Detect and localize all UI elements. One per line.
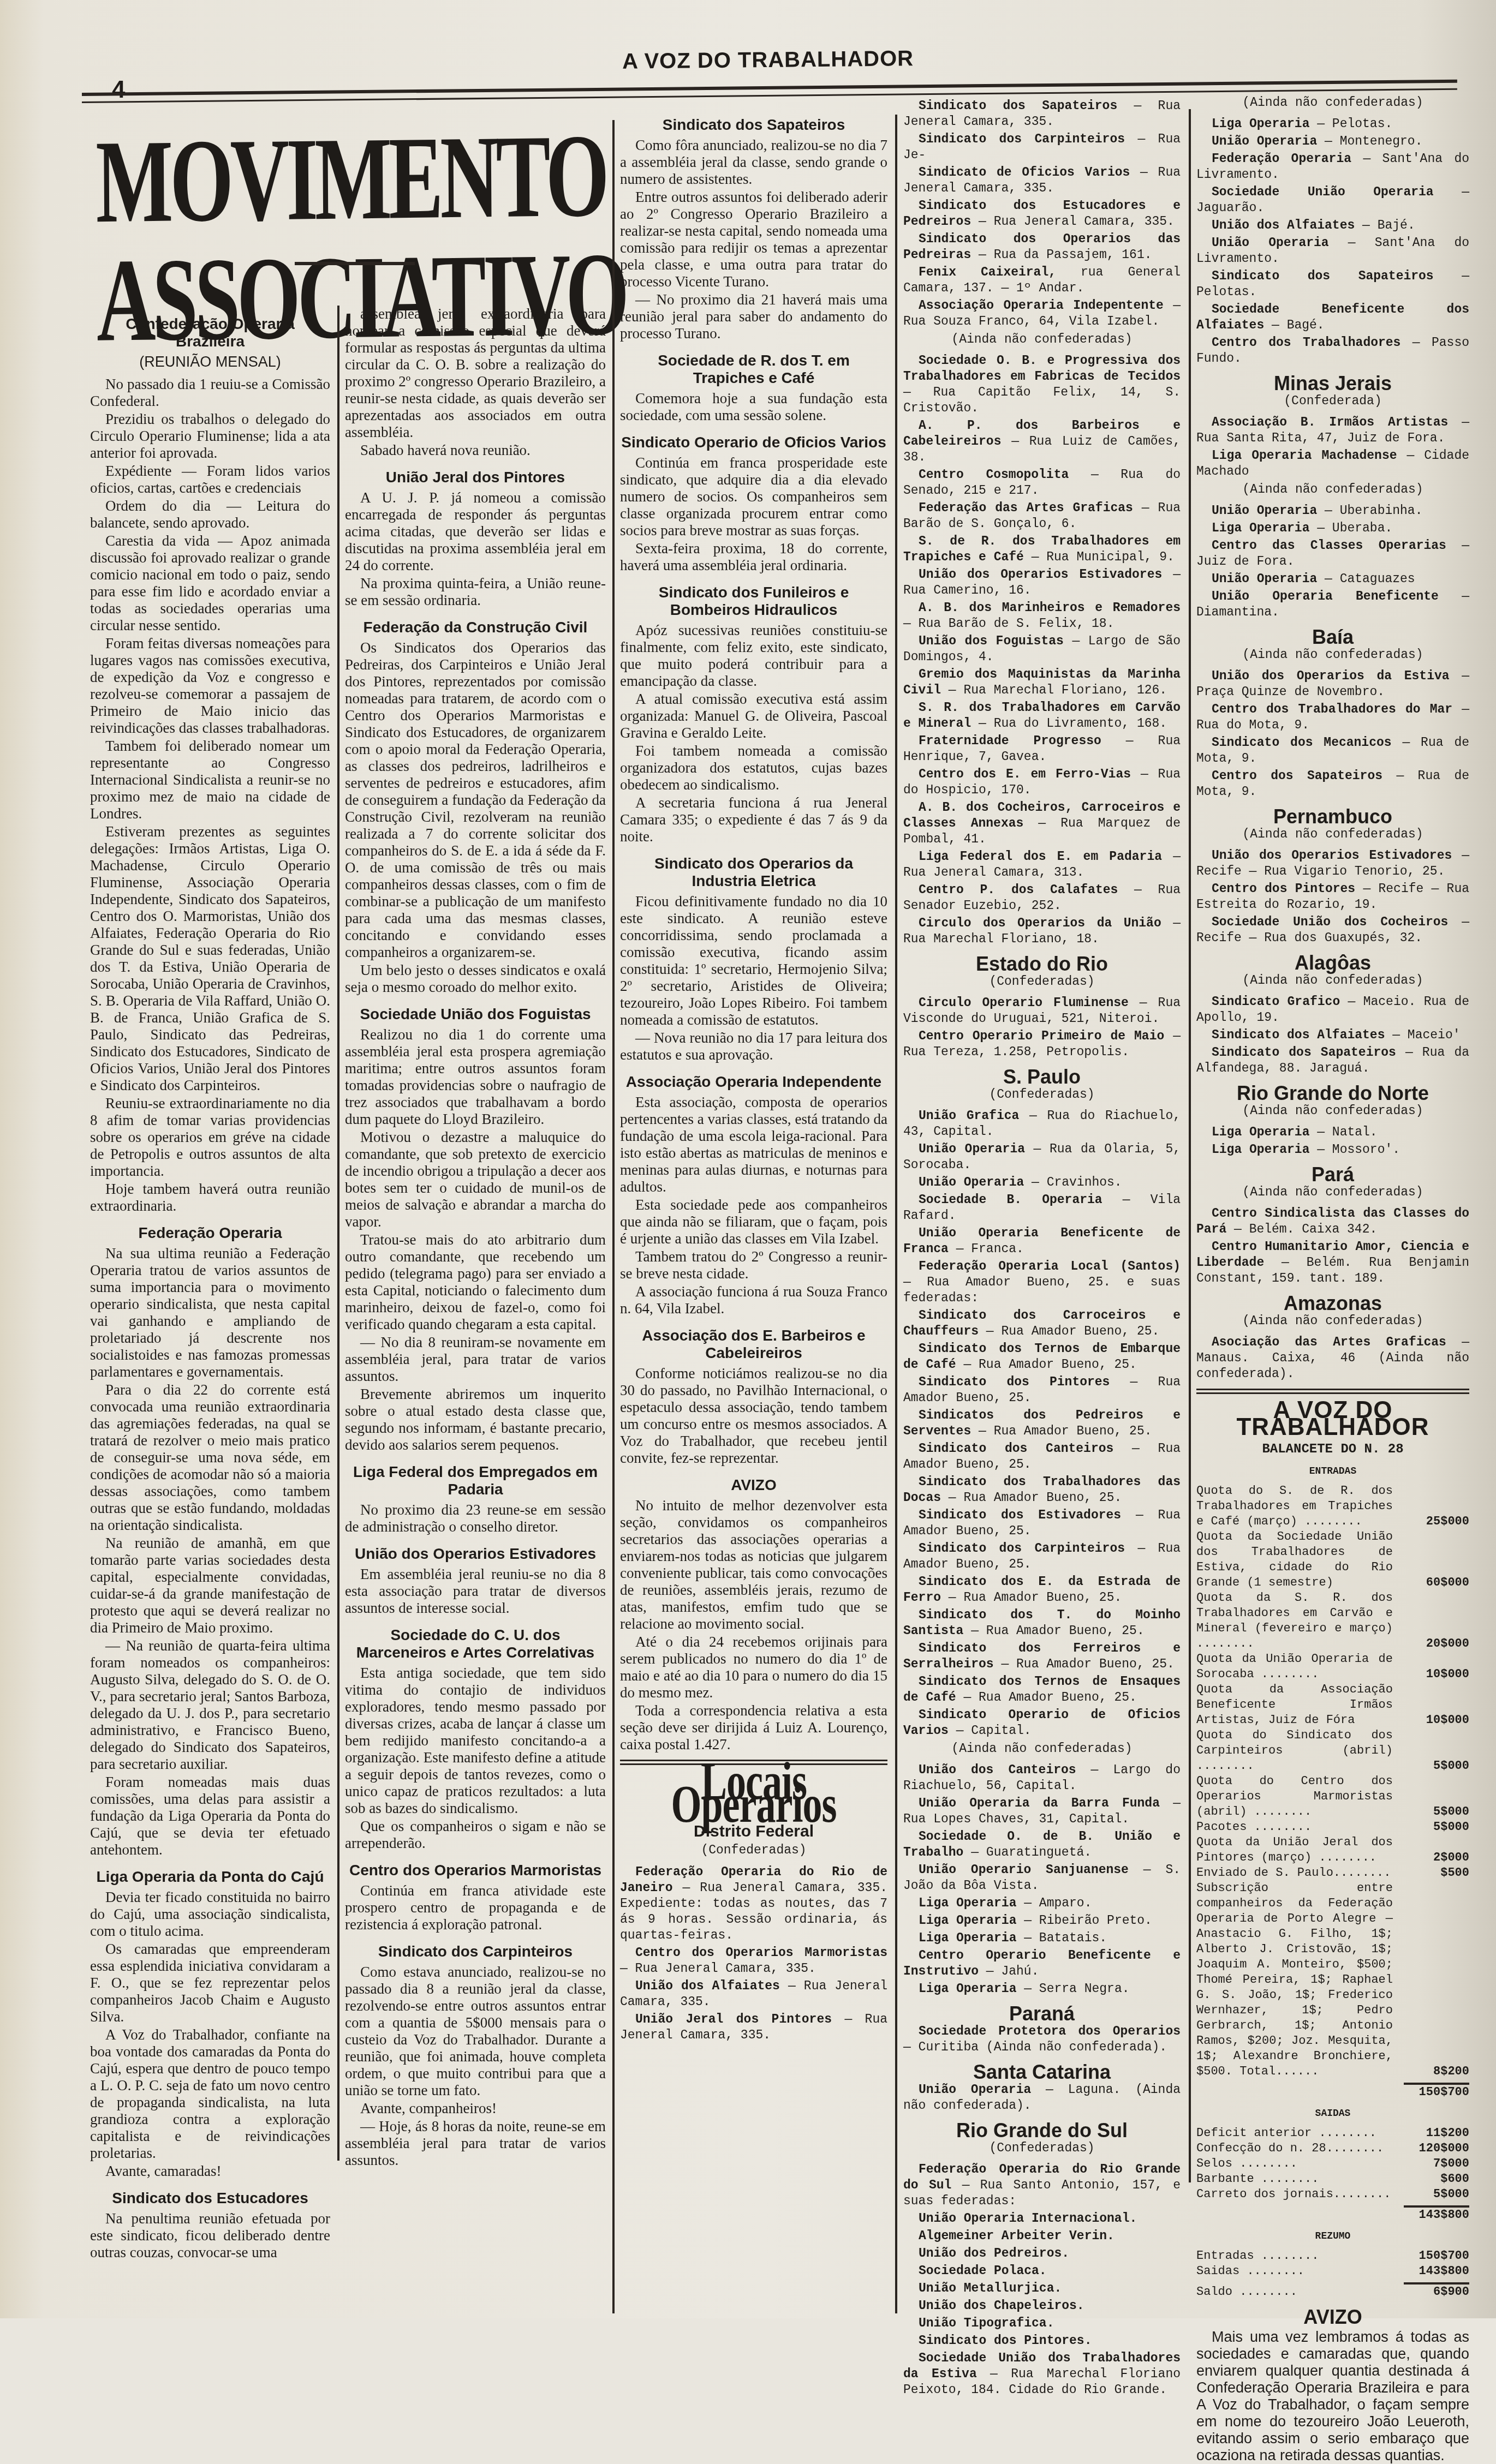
article-paragraph: A atual comissão executiva está assim or… xyxy=(620,691,887,741)
article-paragraph: Estiveram prezentes as seguintes delegaç… xyxy=(90,823,330,1094)
avizo-title: AVIZO xyxy=(1196,2308,1469,2318)
article-paragraph: A Voz do Trabalhador, confiante na boa v… xyxy=(90,2026,330,2162)
entry-name: Sociedade Beneficente dos Alfaiates xyxy=(1196,302,1469,332)
saidas-total-row: 143$800 xyxy=(1196,2208,1469,2223)
directory-entry: União Operaria — Uberabinha. xyxy=(1196,503,1469,519)
balance-row: Barbante ........$600 xyxy=(1196,2172,1469,2187)
entry-name: Sindicato dos Pintores xyxy=(919,1375,1110,1389)
balance-label: Quota do Centro dos Operarios Marmorista… xyxy=(1196,1774,1404,1820)
entry-name: Centro dos Trabalhadores xyxy=(1212,336,1400,350)
article-paragraph: Continúa em franca atividade este prospe… xyxy=(345,1882,606,1933)
directory-entry: União Operaria Beneficente de Franca — F… xyxy=(903,1225,1181,1257)
directory-entry: Liga Operaria — Mossoro'. xyxy=(1196,1142,1469,1158)
directory-entry: Sindicato dos Mecanicos — Rua de Mota, 9… xyxy=(1196,735,1469,767)
directory-entry: Sindicato Operario de Oficios Varios — C… xyxy=(903,1707,1181,1739)
balance-label: Quota da União Operaria de Sorocaba ....… xyxy=(1196,1652,1404,1682)
entry-name: União Operaria Beneficente xyxy=(1212,589,1439,603)
entradas-label: ENTRADAS xyxy=(1196,1463,1469,1480)
entry-name: Liga Operaria xyxy=(919,1896,1016,1910)
article-paragraph: — Na reunião de quarta-feira ultima fora… xyxy=(90,1637,330,1773)
article-paragraph: Tratou-se mais do ato arbitrario dum out… xyxy=(345,1231,606,1333)
entry-name: Fraternidade Progresso xyxy=(919,734,1101,748)
entry-address: — Rua Capitão Felix, 14, S. Cristovão. xyxy=(903,385,1181,415)
balance-label: Subscrição entre companheiros da Federaç… xyxy=(1196,1881,1404,2079)
entry-name: Asociação das Artes Graficas xyxy=(1212,1335,1446,1349)
region-heading: S. Paulo xyxy=(903,1069,1181,1085)
directory-entry: União Operaria — Cravinhos. xyxy=(903,1175,1181,1191)
article-paragraph: Que os companheiros o sigam e não se arr… xyxy=(345,1818,606,1852)
article-paragraph: Sexta-feira proxima, 18 do corrente, hav… xyxy=(620,540,887,574)
balance-amount: 120$000 xyxy=(1404,2141,1469,2156)
article-paragraph: Um belo jesto o desses sindicatos e oxal… xyxy=(345,962,606,996)
balance-row: Quota da S. R. dos Trabalhadores em Carv… xyxy=(1196,1590,1469,1652)
balance-amount: 5$000 xyxy=(1404,1820,1469,1835)
balance-amount: 2$000 xyxy=(1404,1850,1469,1865)
balance-amount: 5$000 xyxy=(1404,1759,1469,1774)
directory-entry: Sociedade O. B. e Progressiva dos Trabal… xyxy=(903,353,1181,416)
directory-entry: Liga Operaria — Natal. xyxy=(1196,1125,1469,1140)
directory-entry: Sindicato dos Sapateiros — Pelotas. xyxy=(1196,268,1469,300)
directory-entry: União Operaria Beneficente — Diamantina. xyxy=(1196,589,1469,620)
article-paragraph: Na sua ultima reunião a Federação Operar… xyxy=(90,1245,330,1380)
entry-name: Centro das Classes Operarias xyxy=(1212,539,1446,553)
entry-name: União dos Foguistas xyxy=(919,634,1064,648)
directory-entry: Centro dos Trabalhadores — Passo Fundo. xyxy=(1196,335,1469,367)
region-status: (Ainda não confederadas) xyxy=(1196,647,1469,663)
balance-row: Quota da União Operaria de Sorocaba ....… xyxy=(1196,1652,1469,1682)
region-heading: Rio Grande do Sul xyxy=(903,2122,1181,2138)
entry-address: — Rua Amador Bueno, 25. xyxy=(979,1424,1152,1438)
article-heading: Sindicato dos Funileiros e Bombeiros Hid… xyxy=(620,584,887,619)
directory-entry: Centro das Classes Operarias — Juiz de F… xyxy=(1196,538,1469,570)
directory-entry: Sindicato dos Carpinteiros — Rua Je- xyxy=(903,131,1181,163)
article-heading: Sociedade de R. dos T. em Trapiches e Ca… xyxy=(620,352,887,387)
article-paragraph: Continúa em franca prosperidade este sin… xyxy=(620,454,887,539)
entry-name: União Operario Sanjuanense xyxy=(919,1863,1129,1877)
entry-name: Centro Operario Primeiro de Maio xyxy=(919,1029,1164,1043)
entry-address: — Rua Barão de S. Felix, 18. xyxy=(903,617,1114,631)
balance-label: Enviado de S. Paulo........ xyxy=(1196,1865,1404,1881)
balance-label: Quota da S. R. dos Trabalhadores em Carv… xyxy=(1196,1590,1404,1652)
running-title: A VOZ DO TRABALHADOR xyxy=(622,46,914,74)
directory-entry: Centro dos Operarios Marmoristas — Rua J… xyxy=(620,1945,887,1977)
directory-entry: União Operaria da Barra Funda — Rua Lope… xyxy=(903,1796,1181,1827)
article-heading: AVIZO xyxy=(620,1476,887,1494)
entry-name: Centro dos E. em Ferro-Vias xyxy=(919,767,1131,781)
entry-name: União dos Alfaiates xyxy=(635,1979,780,1993)
region-status: (Ainda não confederadas) xyxy=(1196,973,1469,989)
article-paragraph: No intuito de melhor dezenvolver esta se… xyxy=(620,1497,887,1632)
region-status: (Ainda não confederadas) xyxy=(1196,1103,1469,1119)
article-paragraph: Carestia da vida — Apoz animada discussã… xyxy=(90,533,330,634)
article-paragraph: — Nova reunião no dia 17 para leitura do… xyxy=(620,1030,887,1063)
entry-name: União dos Operarios Estivadores xyxy=(1212,848,1452,863)
directory-entry: Sindicato dos Alfaiates — Maceio' xyxy=(1196,1027,1469,1043)
article-heading: Federação Operaria xyxy=(90,1224,330,1242)
column-4: Sindicato dos Sapateiros — Rua Jeneral C… xyxy=(903,98,1181,2318)
article-paragraph: Reuniu-se extraordinariamente no dia 8 a… xyxy=(90,1095,330,1180)
entry-name: Liga Federal dos E. em Padaria xyxy=(919,850,1162,864)
balance-amount: 10$000 xyxy=(1404,1713,1469,1728)
directory-entry: União dos Operarios Estivadores — Rua Ca… xyxy=(903,567,1181,599)
directory-entry: Sindicato de Oficios Varios — Rua Jenera… xyxy=(903,165,1181,196)
column-5: (Ainda não confederadas)Liga Operaria — … xyxy=(1196,93,1469,2318)
balance-amount: 150$700 xyxy=(1404,2248,1469,2264)
region-heading: Estado do Rio xyxy=(903,956,1181,972)
directory-entry: Sindicato dos Trabalhadores das Docas — … xyxy=(903,1474,1181,1506)
balance-label: Quota do Sindicato dos Carpinteiros (abr… xyxy=(1196,1728,1404,1774)
directory-entry: A. B. dos Cocheiros, Carroceiros e Class… xyxy=(903,800,1181,847)
balance-amount: 7$000 xyxy=(1404,2156,1469,2172)
balance-amount: 10$000 xyxy=(1404,1667,1469,1682)
entry-name: Algemeiner Arbeiter Verin. xyxy=(919,2229,1114,2243)
article-heading: Sindicato Operario de Oficios Varios xyxy=(620,434,887,451)
directory-entry: Sindicato dos T. do Moinho Santista — Ru… xyxy=(903,1607,1181,1639)
entradas-total-row: 150$700 xyxy=(1196,2085,1469,2100)
article-paragraph: Brevemente abriremos um inquerito sobre … xyxy=(345,1386,606,1454)
balance-row: Carreto dos jornais........5$000 xyxy=(1196,2187,1469,2202)
region-status: (Ainda não confederadas) xyxy=(903,332,1181,348)
directory-entry: União Operaria — Cataguazes xyxy=(1196,571,1469,587)
article-heading: Liga Operaria da Ponta do Cajú xyxy=(90,1868,330,1886)
directory-entry: Liga Operaria — Serra Negra. xyxy=(903,1981,1181,1997)
directory-entry: Sociedade O. de B. União e Trabalho — Gu… xyxy=(903,1829,1181,1861)
entry-name: Sociedade União Operaria xyxy=(1212,185,1434,199)
balance-amount: $500 xyxy=(1404,1865,1469,1881)
article-paragraph: Foram feitas diversas nomeações para lug… xyxy=(90,635,330,737)
balance-row: Quota da União Jeral dos Pintores (março… xyxy=(1196,1835,1469,1865)
directory-entry: Centro Operario Primeiro de Maio — Rua T… xyxy=(903,1028,1181,1060)
directory-entry: Gremio dos Maquinistas da Marinha Civil … xyxy=(903,667,1181,698)
entry-address: — Rua Municipal, 9. xyxy=(1032,550,1175,564)
entry-name: Liga Operaria xyxy=(1212,117,1309,131)
directory-entry: S. R. dos Trabalhadores em Carvão e Mine… xyxy=(903,700,1181,732)
article-paragraph: Comemora hoje a sua fundação esta socied… xyxy=(620,390,887,424)
directory-entry: Centro dos Pintores — Recife — Rua Estre… xyxy=(1196,881,1469,913)
balance-label: Confecção do n. 28........ xyxy=(1196,2141,1404,2156)
entry-name: Federação Operaria xyxy=(1212,152,1351,166)
entry-name: Centro P. dos Calafates xyxy=(919,883,1118,897)
entry-address: — Rua Jeneral Camara, 335. xyxy=(979,214,1175,229)
article-heading: Federação da Construção Civil xyxy=(345,619,606,636)
balance-amount: 25$000 xyxy=(1404,1514,1469,1529)
directory-entry: Federação Operaria do Rio Grande do Sul … xyxy=(903,2162,1181,2209)
region-heading: Pará xyxy=(1196,1167,1469,1182)
directory-entry: União Operaria Internacional. xyxy=(903,2211,1181,2227)
directory-entry: Algemeiner Arbeiter Verin. xyxy=(903,2228,1181,2244)
locais-entries: Federação Operaria do Rio de Janeiro — R… xyxy=(620,1864,887,2043)
directory-entry: Sociedade Beneficente dos Alfaiates — Ba… xyxy=(1196,302,1469,333)
entry-address: — Rua da Passajem, 161. xyxy=(979,248,1152,262)
entry-name: Sindicato dos Sapateiros xyxy=(1212,269,1434,283)
directory-entry: Circulo Operario Fluminense — Rua Viscon… xyxy=(903,995,1181,1027)
entry-name: Liga Operaria xyxy=(919,1982,1016,1996)
article-heading: Sindicato dos Sapateiros xyxy=(620,116,887,134)
entry-name: Sindicato dos Sapateiros xyxy=(919,99,1117,113)
directory-entry: Liga Federal dos E. em Padaria — Rua Jen… xyxy=(903,849,1181,881)
article-paragraph: Ordem do dia — Leitura do balancete, sen… xyxy=(90,498,330,531)
entry-name: União dos Operarios Estivadores xyxy=(919,567,1162,582)
article-heading: Sindicato dos Operarios da Industria Ele… xyxy=(620,855,887,890)
entry-address: — Franca. xyxy=(956,1242,1024,1256)
entry-address: — Amparo. xyxy=(1024,1896,1092,1910)
entry-address: — Batatais. xyxy=(1024,1931,1107,1945)
entry-name: União Operaria xyxy=(1212,504,1317,518)
entry-name: União Operaria xyxy=(919,1142,1025,1156)
article-paragraph: No proximo dia 23 reune-se em sessão de … xyxy=(345,1502,606,1535)
entry-name: Federação das Artes Graficas xyxy=(919,501,1133,515)
article-paragraph: Foi tambem nomeada a comissão organizado… xyxy=(620,743,887,793)
region-status: (Ainda não confederadas) xyxy=(1196,1185,1469,1200)
directory-entry: União Operaria — Laguna. (Ainda não conf… xyxy=(903,2082,1181,2114)
entry-address: — Natal. xyxy=(1317,1125,1377,1139)
directory-entry: Sindicato dos Carpinteiros — Rua Amador … xyxy=(903,1541,1181,1572)
balance-row: Pacotes ........5$000 xyxy=(1196,1820,1469,1835)
entry-address: — Uberabinha. xyxy=(1325,504,1422,518)
region-status: (Confederada) xyxy=(1196,393,1469,409)
rezumo-list: Entradas ........150$700Saidas ........1… xyxy=(1196,2248,1469,2279)
region-heading: Pernambuco xyxy=(1196,809,1469,824)
article-paragraph: Expédiente — Foram lidos varios oficios,… xyxy=(90,463,330,497)
directory-entry: Circulo dos Operarios da União — Rua Mar… xyxy=(903,916,1181,947)
balance-title: A VOZ DO TRABALHADOR xyxy=(1196,1402,1469,1436)
saidas-label: SAIDAS xyxy=(1196,2106,1469,2122)
directory-entry: Sindicato dos Estivadores — Rua Amador B… xyxy=(903,1508,1181,1539)
directory-entry: Liga Operaria — Batatais. xyxy=(903,1930,1181,1946)
article-heading: Liga Federal dos Empregados em Padaria xyxy=(345,1463,606,1498)
article-paragraph: A associação funciona á rua Souza Franco… xyxy=(620,1283,887,1317)
directory-entry: Federação das Artes Graficas — Rua Barão… xyxy=(903,500,1181,532)
entry-name: Sociedade B. Operaria xyxy=(919,1193,1102,1207)
region-status: (Ainda não confederadas) xyxy=(1196,827,1469,842)
article-paragraph: Como fôra anunciado, realizou-se no dia … xyxy=(620,137,887,188)
directory-entry: Sindicato dos Sapateiros — Rua Jeneral C… xyxy=(903,98,1181,130)
article-paragraph: Como estava anunciado, realizou-se no pa… xyxy=(345,1964,606,2099)
directory-entry: Sindicato dos Ternos de Embarque de Café… xyxy=(903,1341,1181,1373)
entry-address: — Cravinhos. xyxy=(1032,1175,1122,1189)
saldo-label: Saldo ........ xyxy=(1196,2284,1404,2300)
entry-address: — Rua Jeneral Camara, 335. xyxy=(620,1961,816,1976)
entry-name: União dos Pedreiros. xyxy=(919,2246,1069,2260)
region-heading: Baía xyxy=(1196,629,1469,645)
directory-entry: Sociedade B. Operaria — Vila Rafard. xyxy=(903,1192,1181,1224)
balance-row: Quota do Centro dos Operarios Marmorista… xyxy=(1196,1774,1469,1820)
article-paragraph: Até o dia 24 recebemos orijinais para se… xyxy=(620,1634,887,1701)
directory-entry: Sindicato dos Operarios das Pedreiras — … xyxy=(903,231,1181,263)
directory-entry: União Jeral dos Pintores — Rua Jeneral C… xyxy=(620,2012,887,2043)
page-number: 4 xyxy=(112,76,125,104)
entry-address: — Capital. xyxy=(956,1724,1032,1738)
entry-address: — Bajé. xyxy=(1362,218,1415,232)
balance-label: Quota do S. de R. dos Trabalhadores em T… xyxy=(1196,1484,1404,1529)
directory-entry: Sindicato dos Pintores — Rua Amador Buen… xyxy=(903,1374,1181,1406)
article-paragraph: No passado dia 1 reuiu-se a Comissão Con… xyxy=(90,376,330,410)
directory-entry: Sindicato dos E. da Estrada de Ferro — R… xyxy=(903,1574,1181,1606)
article-heading: Confederação Operaria Brazileira xyxy=(90,315,330,350)
article-paragraph: Na proxima quinta-feira, a União reune-s… xyxy=(345,575,606,609)
entry-name: União Operaria Internacional. xyxy=(919,2211,1137,2226)
column-divider xyxy=(337,306,339,2161)
entry-name: União dos Chapeleiros. xyxy=(919,2299,1084,2313)
article-paragraph: Apóz sucessivas reuniões constituiu-se f… xyxy=(620,622,887,690)
article-paragraph: Foram nomeadas mais duas comissões, uma … xyxy=(90,1774,330,1858)
entry-name: Centro dos Sapateiros xyxy=(1212,769,1382,783)
directory-entry: Sindicato dos Canteiros — Rua Amador Bue… xyxy=(903,1441,1181,1473)
entry-address: — Rua Marechal Floriano, 126. xyxy=(949,683,1167,697)
directory-entry: União Operaria — Sant'Ana do Livramento. xyxy=(1196,235,1469,267)
entry-name: União dos Operarios da Estiva xyxy=(1212,669,1450,683)
entry-name: União Operaria xyxy=(919,1175,1024,1189)
article-paragraph: Os camaradas que empreenderam essa esple… xyxy=(90,1941,330,2025)
directory-entry: Asociação das Artes Graficas — Manaus. C… xyxy=(1196,1335,1469,1382)
article-paragraph: Entre outros assuntos foi deliberado ade… xyxy=(620,189,887,290)
article-paragraph: Tambem foi deliberado nomear um represen… xyxy=(90,738,330,822)
article-paragraph: Devia ter ficado constituida no bairro d… xyxy=(90,1889,330,1940)
article-paragraph: Ficou definitivamente fundado no dia 10 … xyxy=(620,893,887,1028)
directory-entry: Fraternidade Progresso — Rua Henrique, 7… xyxy=(903,733,1181,765)
article-paragraph: Sabado haverá nova reunião. xyxy=(345,442,606,459)
article-paragraph: Hoje tambem haverá outra reunião extraor… xyxy=(90,1181,330,1215)
rezumo-label: REZUMO xyxy=(1196,2228,1469,2245)
article-paragraph: Tambem tratou do 2º Congresso a reunir-s… xyxy=(620,1248,887,1282)
column-divider xyxy=(612,120,615,2313)
article-heading: União dos Operarios Estivadores xyxy=(345,1545,606,1563)
region-status: (Ainda não confederadas) xyxy=(1196,482,1469,498)
article-paragraph: Prezidiu os trabalhos o delegado do Circ… xyxy=(90,411,330,462)
entry-name: União Grafica xyxy=(919,1109,1019,1123)
directory-entry: Sociedade Polaca. xyxy=(903,2263,1181,2279)
balance-row: Quota do S. de R. dos Trabalhadores em T… xyxy=(1196,1484,1469,1529)
balance-label: Carreto dos jornais........ xyxy=(1196,2187,1404,2202)
region-status: (Ainda não confederadas) xyxy=(1196,95,1469,111)
entry-address: — Rua Amador Bueno, 25. xyxy=(1001,1657,1174,1671)
entry-name: União Operaria xyxy=(1212,236,1329,250)
directory-entry: União dos Canteiros — Largo do Riachuelo… xyxy=(903,1762,1181,1794)
article-paragraph: assembléa jeral extraordinaria para nome… xyxy=(345,306,606,441)
balance-label: Entradas ........ xyxy=(1196,2248,1404,2264)
article-paragraph: Esta sociedade pede aos companheiros que… xyxy=(620,1197,887,1247)
balance-row: Entradas ........150$700 xyxy=(1196,2248,1469,2264)
balance-amount: $600 xyxy=(1404,2172,1469,2187)
directory-entry: Sindicato dos Carroceiros e Chauffeurs —… xyxy=(903,1308,1181,1339)
entry-name: Sindicato de Oficios Varios xyxy=(919,165,1130,180)
article-heading: Sociedade do C. U. dos Marceneiros e Art… xyxy=(345,1626,606,1661)
entry-address: — Montenegro. xyxy=(1325,134,1422,148)
region-heading: Alagôas xyxy=(1196,955,1469,971)
article-paragraph: — No dia 8 reuniram-se novamente em asse… xyxy=(345,1334,606,1385)
article-heading: União Jeral dos Pintores xyxy=(345,469,606,486)
entry-name: Circulo dos Operarios da União xyxy=(919,916,1161,930)
entradas-list: Quota do S. de R. dos Trabalhadores em T… xyxy=(1196,1484,1469,2079)
entry-name: Sindicato Grafico xyxy=(1212,995,1340,1009)
entry-address: — Ribeirão Preto. xyxy=(1024,1913,1152,1928)
article-paragraph: Realizou no dia 1 do corrente uma assemb… xyxy=(345,1026,606,1128)
entry-name: Liga Operaria xyxy=(1212,521,1309,535)
entry-name: União Tipografica. xyxy=(919,2316,1054,2318)
directory-entry: Liga Operaria — Amparo. xyxy=(903,1895,1181,1911)
entry-name: União Metallurjica. xyxy=(919,2281,1062,2295)
article-paragraph: Avante, companheiros! xyxy=(345,2100,606,2117)
article-subheading: (REUNIÃO MENSAL) xyxy=(90,354,330,370)
column-2: assembléa jeral extraordinaria para nome… xyxy=(345,306,606,2170)
entry-address: — Rua Amador Bueno, 25. xyxy=(971,1624,1144,1638)
directory-entry: Sindicatos dos Pedreiros e Serventes — R… xyxy=(903,1408,1181,1439)
balance-label: Deficit anterior ........ xyxy=(1196,2126,1404,2141)
entry-name: Sociedade O. B. e Progressiva dos Trabal… xyxy=(903,354,1181,384)
entry-name: Sindicato dos Carpinteiros xyxy=(919,132,1125,146)
article-paragraph: Conforme noticiámos realizou-se no dia 3… xyxy=(620,1365,887,1467)
entry-name: Sociedade União dos Cocheiros xyxy=(1212,915,1448,929)
entry-name: União Operaria Beneficente de Franca xyxy=(903,1226,1181,1256)
article-paragraph: Toda a correspondencia relativa a esta s… xyxy=(620,1702,887,1753)
entry-name: Liga Operaria xyxy=(919,1931,1016,1945)
entry-name: Associação Operaria Indepentente xyxy=(919,298,1164,313)
entry-address: — Maceio' xyxy=(1392,1028,1460,1042)
region-status: (Confederadas) xyxy=(903,2140,1181,2156)
masthead-rule xyxy=(295,262,415,265)
entry-name: Sindicato Operario de Oficios Varios xyxy=(903,1708,1181,1738)
entry-name: União Operaria da Barra Funda xyxy=(919,1796,1160,1810)
entry-name: Sociedade Polaca. xyxy=(919,2264,1047,2278)
column-divider xyxy=(1189,109,1191,2182)
article-paragraph: Na penultima reunião efetuada por este s… xyxy=(90,2210,330,2261)
saidas-list: Deficit anterior ........11$200Confecção… xyxy=(1196,2126,1469,2202)
balance-row: Subscrição entre companheiros da Federaç… xyxy=(1196,1881,1469,2079)
entry-address: — Jahú. xyxy=(986,1964,1039,1978)
balance-label: Pacotes ........ xyxy=(1196,1820,1404,1835)
entry-name: Liga Operaria xyxy=(1212,1143,1309,1157)
entry-name: Liga Operaria xyxy=(919,1913,1016,1928)
entry-address: — Rua Amador Bueno, 25. xyxy=(949,1491,1122,1505)
directory-entry: Federação Operaria — Sant'Ana do Livrame… xyxy=(1196,151,1469,183)
directory-entry: Centro Sindicalista das Classes do Pará … xyxy=(1196,1206,1469,1237)
region-heading: Santa Catarina xyxy=(903,2064,1181,2080)
entry-address: — Serra Negra. xyxy=(1024,1982,1129,1996)
balance-label: Quota da União Jeral dos Pintores (março… xyxy=(1196,1835,1404,1865)
directory-entry: S. de R. dos Trabalhadores em Trapiches … xyxy=(903,534,1181,565)
region-heading: Rio Grande do Norte xyxy=(1196,1085,1469,1101)
balance-amount: 11$200 xyxy=(1404,2126,1469,2141)
balance-amount: 60$000 xyxy=(1404,1575,1469,1590)
directory-entry: União dos Pedreiros. xyxy=(903,2246,1181,2262)
region-status: (Confederadas) xyxy=(903,974,1181,990)
entry-name: Centro dos Pintores xyxy=(1212,882,1355,896)
directory-entry: Sociedade União dos Cocheiros — Recife —… xyxy=(1196,914,1469,946)
entry-name: Sindicato dos Sapateiros xyxy=(1212,1045,1396,1060)
directory-entry: União dos Foguistas — Largo de São Domin… xyxy=(903,633,1181,665)
column-5-directory: (Ainda não confederadas)Liga Operaria — … xyxy=(1196,95,1469,1382)
article-paragraph: Esta antiga sociedade, que tem sido viti… xyxy=(345,1665,606,1817)
directory-entry: Federação Operaria Local (Santos) — Rua … xyxy=(903,1259,1181,1306)
entry-name: Centro Cosmopolita xyxy=(919,468,1069,482)
directory-entry: Sindicato dos Estucadores e Pedreiros — … xyxy=(903,198,1181,230)
entry-name: Federação Operaria Local (Santos) xyxy=(919,1259,1181,1273)
directory-entry: União Grafica — Rua do Riachuelo, 43, Ca… xyxy=(903,1108,1181,1140)
directory-entry: União dos Alfaiates — Rua Jeneral Camara… xyxy=(620,1978,887,2010)
directory-entry: Centro P. dos Calafates — Rua Senador Eu… xyxy=(903,882,1181,914)
entradas-total: 150$700 xyxy=(1404,2085,1469,2100)
article-paragraph: Avante, camaradas! xyxy=(90,2163,330,2180)
entry-name: Sindicato dos Estivadores xyxy=(919,1508,1121,1522)
directory-entry: Sindicato Grafico — Maceio. Rua de Apoll… xyxy=(1196,994,1469,1026)
article-paragraph: — No proximo dia 21 haverá mais uma reun… xyxy=(620,291,887,342)
entry-address: — Guaratinguetá. xyxy=(971,1845,1092,1859)
article-paragraph: Esta associação, composta de operarios p… xyxy=(620,1094,887,1195)
balance-amount: 5$000 xyxy=(1404,2187,1469,2202)
region-status: (Ainda não confederadas) xyxy=(1196,1313,1469,1329)
entry-address: — Rua Amador Bueno, 25. xyxy=(949,1590,1122,1605)
entry-name: União Operaria xyxy=(919,2083,1031,2097)
